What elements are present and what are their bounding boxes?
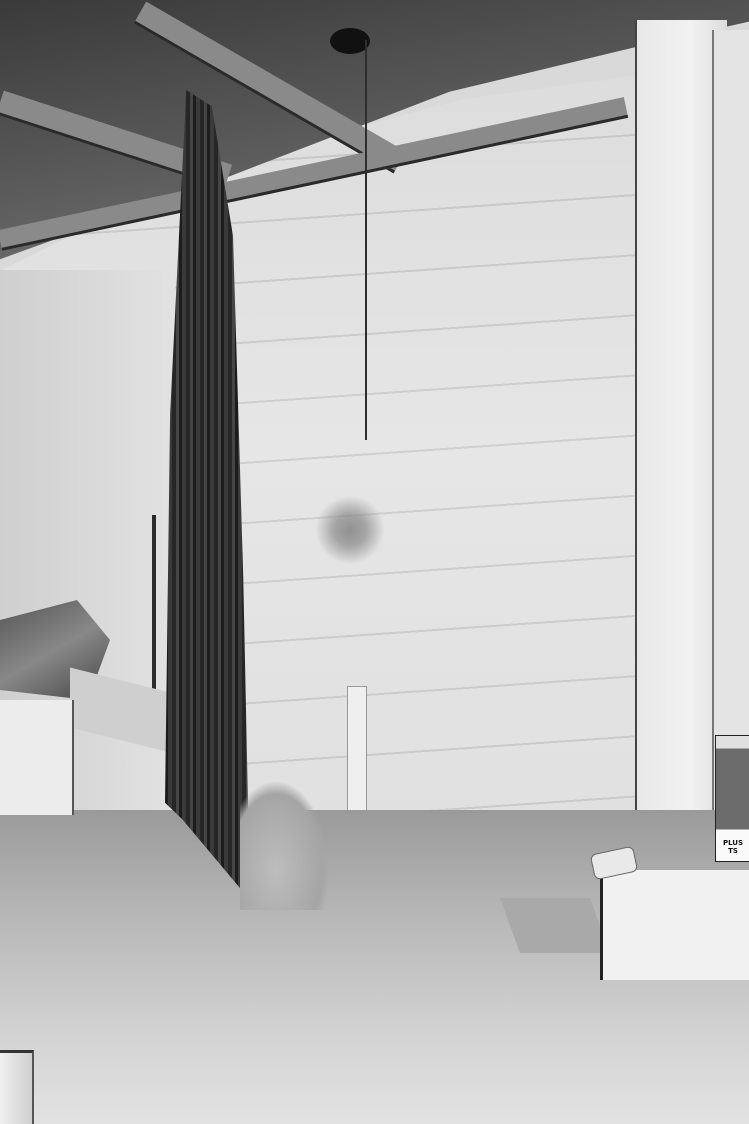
wall-stain xyxy=(315,490,385,570)
white-cabinet xyxy=(0,700,74,815)
ceiling-hole xyxy=(330,28,370,54)
photograph: PLUS TS xyxy=(0,0,749,1124)
concrete-slab xyxy=(600,870,749,980)
wall-pilaster-edge xyxy=(712,30,749,830)
rubble-heap xyxy=(240,780,330,910)
bag-label: PLUS TS xyxy=(717,839,749,855)
wall-stub xyxy=(347,686,367,816)
cement-bag: PLUS TS xyxy=(715,735,749,862)
hanging-rope xyxy=(365,40,367,440)
bucket xyxy=(0,1050,34,1124)
